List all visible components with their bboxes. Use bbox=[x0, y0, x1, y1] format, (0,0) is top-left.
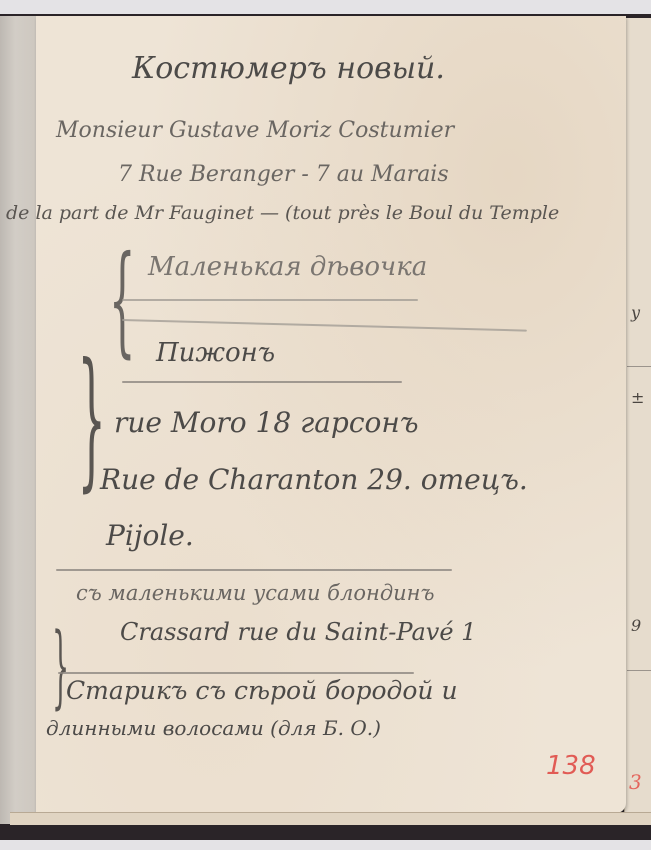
entry-line: Маленькая дѣвочка bbox=[148, 252, 427, 282]
adjacent-mark: 9 bbox=[631, 616, 641, 635]
page-bottom-edge bbox=[10, 812, 651, 825]
page-number: 138 bbox=[546, 751, 596, 781]
underline-rule bbox=[122, 381, 402, 383]
adjacent-folio: 3 bbox=[629, 770, 642, 794]
divider-rule bbox=[56, 569, 452, 571]
adjacent-mark: y bbox=[631, 303, 640, 322]
adjacent-mark: ± bbox=[631, 388, 644, 407]
adjacent-rule bbox=[627, 366, 651, 367]
entry-line: Rue de Charanton 29. отецъ. bbox=[100, 463, 528, 496]
left-page-edge bbox=[0, 16, 39, 824]
entry-line: Pijole. bbox=[106, 519, 194, 552]
manuscript-page: Костюмеръ новый. Monsieur Gustave Moriz … bbox=[36, 16, 626, 813]
underline-rule bbox=[122, 319, 527, 332]
underline-rule bbox=[122, 299, 418, 301]
page-heading: Костюмеръ новый. bbox=[132, 51, 445, 86]
entry-line: длинными волосами (для Б. О.) bbox=[46, 716, 381, 740]
address-line: de la part de Mr Fauginet — (tout près l… bbox=[6, 202, 559, 224]
entry-line: съ маленькими усами блондинъ bbox=[76, 581, 435, 605]
address-line: 7 Rue Beranger - 7 au Marais bbox=[118, 162, 449, 187]
divider-rule bbox=[58, 672, 414, 674]
adjacent-page-edge: y ± 9 3 bbox=[624, 18, 651, 823]
entry-line: Пижонъ bbox=[156, 338, 275, 368]
entry-line: Crassard rue du Saint-Pavé 1 bbox=[120, 618, 476, 646]
adjacent-rule bbox=[627, 670, 651, 671]
entry-line: Старикъ съ сѣрой бородой и bbox=[66, 676, 458, 705]
address-line: Monsieur Gustave Moriz Costumier bbox=[56, 118, 454, 143]
entry-line: rue Moro 18 гарсонъ bbox=[114, 406, 419, 439]
